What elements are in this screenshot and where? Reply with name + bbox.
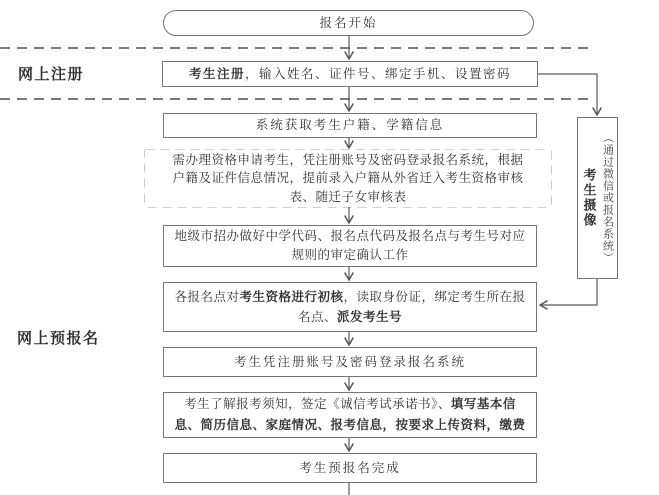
connector-photo-to-check [540,279,597,305]
node-login: 考生凭注册账号及密码登录报名系统 [163,347,537,377]
node-photo-title: 考生摄像 [580,168,599,228]
node-fill-info-bold2: 息、简历信息、家庭情况、报考信息，按要求上传资料，缴费 [174,418,525,432]
node-register-bold-text: 考生注册 [189,67,245,81]
node-register: 考生注册，输入姓名、证件号、绑定手机、设置密码 [162,61,538,87]
node-photo-note: （通过微信或报名系统） [600,122,616,274]
node-city-codes-line1: 地级市招办做好中学代码、报名点代码及报名点与考生号对应 [174,227,525,246]
node-qualification-line2: 户籍及证件信息情况，提前录入户籍从外省迁入考生资格审核 [172,169,523,188]
node-fill-info-pre: 考生了解报考须知，签定《诚信考试承诺书》、 [184,397,451,411]
node-complete-label: 考生预报名完成 [299,459,401,478]
node-photo: 考生摄像 （通过微信或报名系统） [577,117,618,279]
node-start: 报名开始 [163,10,534,36]
node-login-label: 考生凭注册账号及密码登录报名系统 [234,353,466,372]
phase-label-online-preregistration: 网上预报名 [17,327,100,348]
node-fill-info-line1: 考生了解报考须知，签定《诚信考试承诺书》、填写基本信 [184,394,516,415]
node-fetch-info: 系统获取考生户籍、学籍信息 [163,113,537,138]
node-initial-check-bold2: 派发考生号 [337,310,402,324]
node-fill-info: 考生了解报考须知，签定《诚信考试承诺书》、填写基本信 息、简历信息、家庭情况、报… [163,392,537,438]
connector-register-to-photo [538,74,597,115]
node-city-codes-line2: 规则的审定确认工作 [291,246,408,265]
node-register-label: 考生注册，输入姓名、证件号、绑定手机、设置密码 [189,65,511,84]
node-initial-check: 各报名点对考生资格进行初核，读取身份证，绑定考生所在报 名点、派发考生号 [163,282,537,332]
node-initial-check-mid: ，读取身份证，绑定考生所在报 [344,290,526,304]
node-start-label: 报名开始 [319,14,377,33]
flowchart-exam-registration: 网上注册 网上预报名 报名开始 考生注册，输入姓名、证件号、绑定手机、设置密码 … [0,0,659,495]
node-fill-info-bold1: 填写基本信 [451,397,516,411]
phase-label-online-registration: 网上注册 [18,63,84,84]
node-complete: 考生预报名完成 [163,453,537,483]
node-initial-check-line2-pre: 名点、 [298,310,337,324]
node-fetch-info-label: 系统获取考生户籍、学籍信息 [256,116,445,135]
node-initial-check-line2: 名点、派发考生号 [298,307,402,327]
node-fill-info-line2: 息、简历信息、家庭情况、报考信息，按要求上传资料，缴费 [174,415,525,436]
node-qualification-line3: 表、随迁子女审核表 [289,188,406,207]
node-qualification-line1: 需办理资格申请考生，凭注册账号及密码登录报名系统，根据 [172,151,523,170]
node-city-codes: 地级市招办做好中学代码、报名点代码及报名点与考生号对应 规则的审定确认工作 [163,225,537,267]
node-initial-check-line1: 各报名点对考生资格进行初核，读取身份证，绑定考生所在报 [174,287,525,307]
node-initial-check-pre: 各报名点对 [174,290,239,304]
node-initial-check-bold1: 考生资格进行初核 [239,290,343,304]
node-register-rest-text: ，输入姓名、证件号、绑定手机、设置密码 [245,67,511,81]
node-qualification: 需办理资格申请考生，凭注册账号及密码登录报名系统，根据 户籍及证件信息情况，提前… [145,150,551,207]
